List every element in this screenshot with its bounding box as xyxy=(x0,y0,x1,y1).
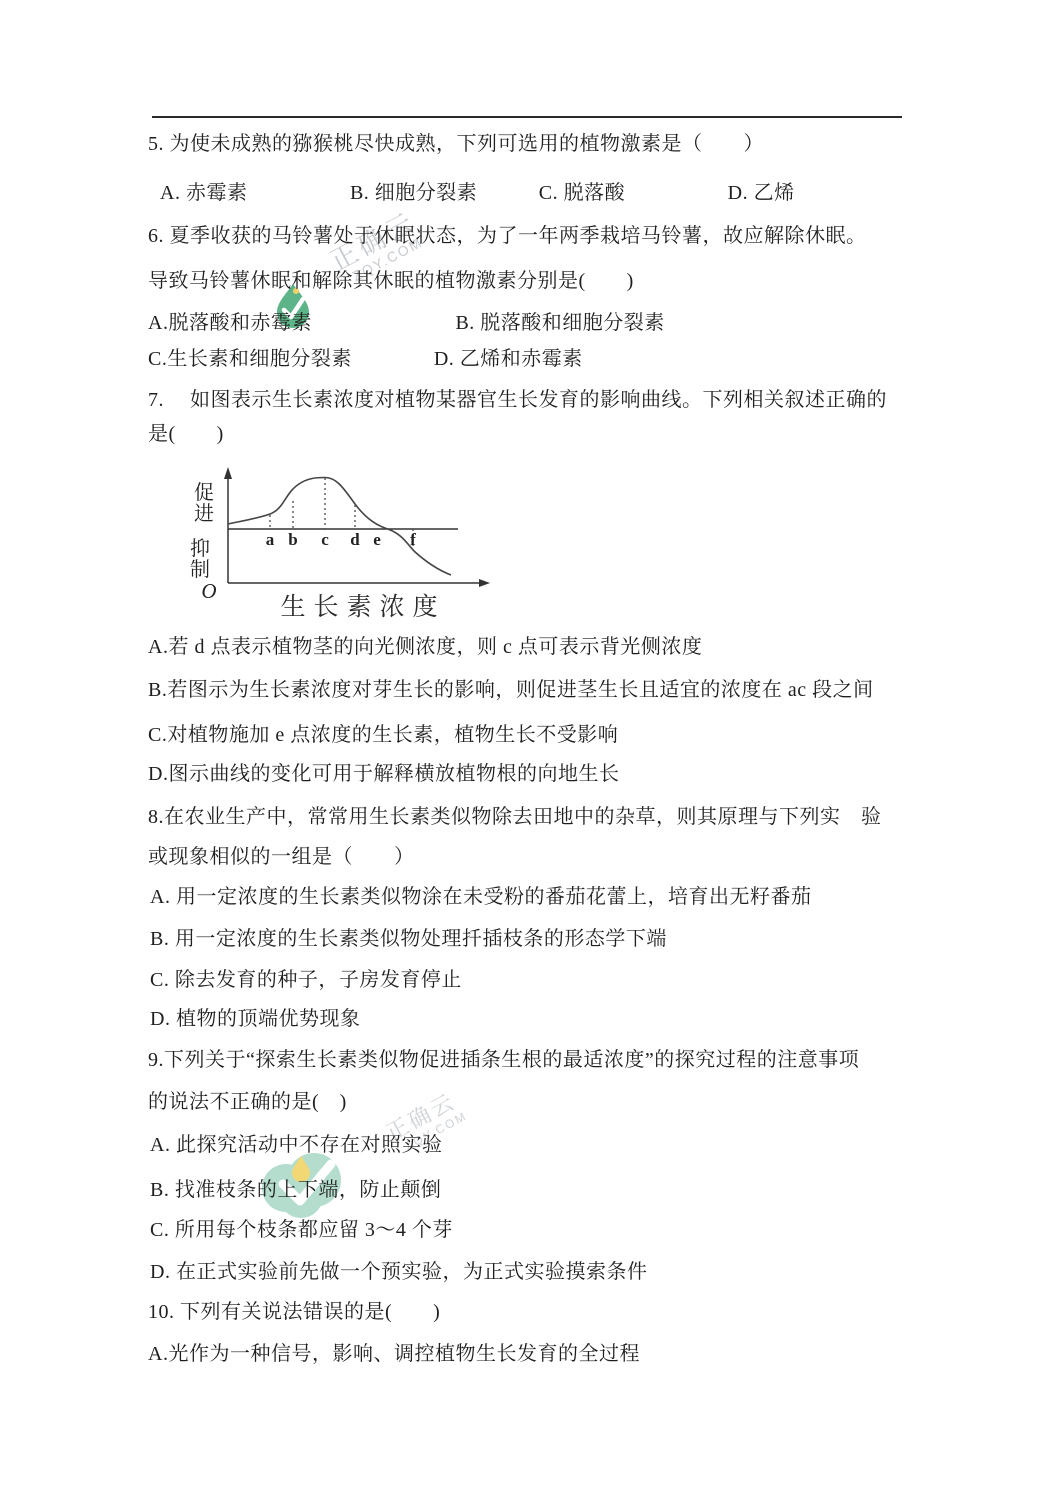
question-5-stem: 5. 为使未成熟的猕猴桃尽快成熟，下列可选用的植物激素是（ ） xyxy=(148,131,764,157)
question-6-stem-line-2: 导致马铃薯休眠和解除其休眠的植物激素分别是( ) xyxy=(148,268,634,294)
question-8-option-a: A. 用一定浓度的生长素类似物涂在未受粉的番茄花蕾上，培育出无籽番茄 xyxy=(150,884,811,910)
question-6-stem-line-1: 6. 夏季收获的马铃薯处于休眠状态，为了一年两季栽培马铃薯，故应解除休眠。 xyxy=(148,223,867,249)
point-label-c: c xyxy=(321,530,329,549)
exam-page: 正确云 ZQY.COM 正确云 ZQY.COM 5. 为使未成熟的猕猴桃尽快成熟… xyxy=(0,0,1058,1497)
question-9-option-b: B. 找准枝条的上下端，防止颠倒 xyxy=(150,1177,441,1203)
header-divider xyxy=(152,116,902,118)
question-7-option-a: A.若 d 点表示植物茎的向光侧浓度，则 c 点可表示背光侧浓度 xyxy=(148,634,702,660)
point-label-d: d xyxy=(350,530,360,549)
y-axis-arrow xyxy=(224,467,232,479)
point-label-e: e xyxy=(373,530,381,549)
question-8-stem-line-1: 8.在农业生产中，常常用生长素类似物除去田地中的杂草，则其原理与下列实 验 xyxy=(148,804,882,830)
x-axis-label: 生长素浓度 xyxy=(280,593,445,621)
question-10-stem: 10. 下列有关说法错误的是( ) xyxy=(148,1299,440,1325)
response-curve xyxy=(228,478,451,576)
question-9-stem-line-1: 9.下列关于“探索生长素类似物促进插条生根的最适浓度”的探究过程的注意事项 xyxy=(148,1047,859,1073)
question-10-option-a: A.光作为一种信号，影响、调控植物生长发育的全过程 xyxy=(148,1341,640,1367)
y-label-promote-char1: 促 xyxy=(194,481,214,504)
question-5-options: A. 赤霉素 B. 细胞分裂素 C. 脱落酸 D. 乙烯 xyxy=(160,180,795,206)
question-6-options-cd: C.生长素和细胞分裂素 D. 乙烯和赤霉素 xyxy=(148,346,583,372)
y-label-inhibit-char1: 抑 xyxy=(190,537,210,560)
question-9-stem-line-2: 的说法不正确的是( ) xyxy=(148,1089,347,1115)
y-label-inhibit-char2: 制 xyxy=(190,558,210,581)
point-label-a: a xyxy=(266,530,275,549)
question-9-option-c: C. 所用每个枝条都应留 3～4 个芽 xyxy=(150,1217,453,1243)
point-label-b: b xyxy=(288,530,297,549)
x-axis-arrow xyxy=(479,579,490,587)
origin-label: O xyxy=(201,579,216,603)
question-7-stem-line-2: 是( ) xyxy=(148,421,224,447)
question-8-option-d: D. 植物的顶端优势现象 xyxy=(150,1006,360,1032)
question-7-option-c: C.对植物施加 e 点浓度的生长素，植物生长不受影响 xyxy=(148,722,618,748)
question-8-option-b: B. 用一定浓度的生长素类似物处理扦插枝条的形态学下端 xyxy=(150,926,667,952)
question-8-stem-line-2: 或现象相似的一组是（ ） xyxy=(148,844,415,870)
question-9-option-d: D. 在正式实验前先做一个预实验，为正式实验摸索条件 xyxy=(150,1259,647,1285)
y-label-promote-char2: 进 xyxy=(194,502,214,525)
question-6-options-ab: A.脱落酸和赤霉素 B. 脱落酸和细胞分裂素 xyxy=(148,310,665,336)
question-7-stem-line-1: 7. 如图表示生长素浓度对植物某器官生长发育的影响曲线。下列相关叙述正确的 xyxy=(148,387,887,413)
question-7-option-d: D.图示曲线的变化可用于解释横放植物根的向地生长 xyxy=(148,761,619,787)
point-label-f: f xyxy=(410,530,416,549)
question-7-option-b: B.若图示为生长素浓度对芽生长的影响，则促进茎生长且适宜的浓度在 ac 段之间 xyxy=(148,677,874,703)
auxin-concentration-curve-figure: 促 进 抑 制 O a b c d e f 生长素浓度 xyxy=(185,462,497,622)
question-8-option-c: C. 除去发育的种子，子房发育停止 xyxy=(150,967,462,993)
question-9-option-a: A. 此探究活动中不存在对照实验 xyxy=(150,1132,442,1158)
